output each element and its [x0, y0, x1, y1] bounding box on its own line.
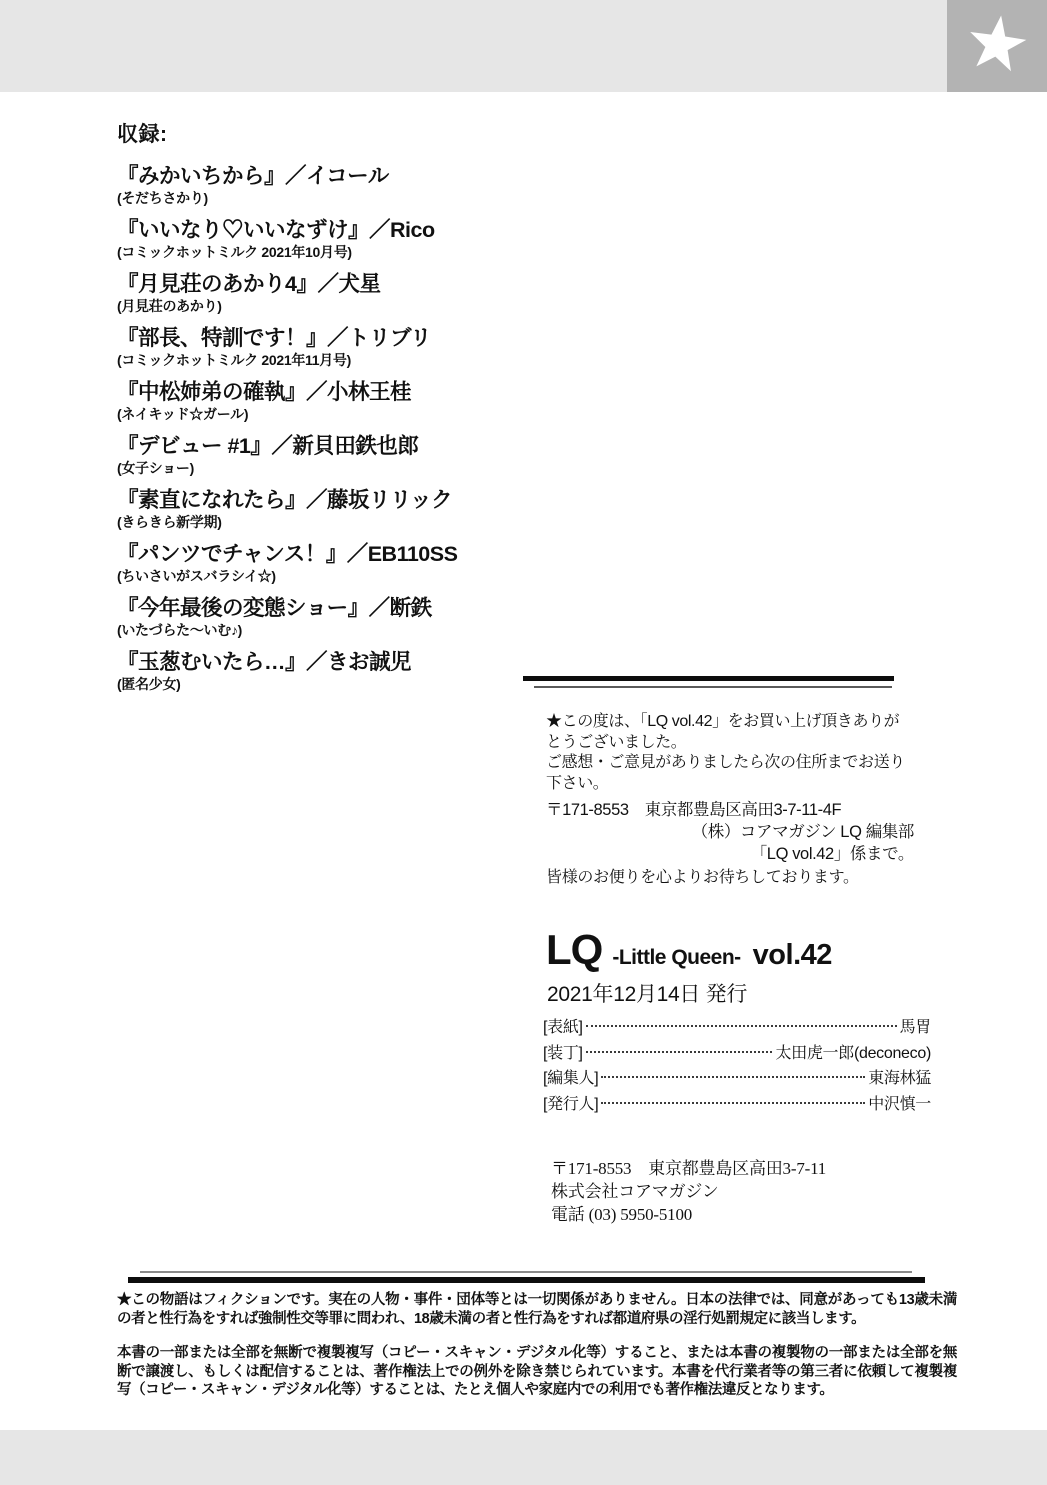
- colophon-page: 収録: 『みかいちから』／イコール (そだちさかり) 『いいなり♡いいなずけ』／…: [0, 0, 1047, 1485]
- contents-item-title: 『月見荘のあかり4』／犬星: [117, 271, 547, 297]
- credit-row: [装丁] 太田虎一郎(deconeco): [543, 1040, 931, 1066]
- contents-item-source: (匿名少女): [117, 675, 547, 693]
- credit-person-name: 太田虎一郎(deconeco): [775, 1040, 931, 1063]
- closing-line: 皆様のお便りを心よりお待ちしております。: [546, 864, 859, 887]
- leader-dots: [601, 1102, 865, 1104]
- thank-you-note: ★この度は、「LQ vol.42」をお買い上げ頂きありが とうございました。 ご…: [546, 712, 946, 794]
- top-gray-band: [0, 0, 947, 92]
- contents-item: 『デビュー #1』／新貝田鉄也郎 (女子ショー): [117, 433, 547, 477]
- contents-list: 収録: 『みかいちから』／イコール (そだちさかり) 『いいなり♡いいなずけ』／…: [117, 118, 547, 703]
- credit-role-label: [表紙]: [543, 1014, 583, 1037]
- contents-item: 『いいなり♡いいなずけ』／Rico (コミックホットミルク 2021年10月号): [117, 217, 547, 261]
- credit-row: [発行人] 中沢慎一: [543, 1091, 931, 1117]
- credit-row: [表紙] 馬胃: [543, 1014, 931, 1040]
- divider-thick-bottom: [128, 1277, 925, 1283]
- publisher-info: 〒171-8553 東京都豊島区高田3-7-11 株式会社コアマガジン 電話 (…: [551, 1157, 931, 1226]
- divider-thin-bottom: [140, 1271, 912, 1273]
- magazine-title-volume: vol.42: [753, 939, 832, 972]
- credit-row: [編集人] 東海林猛: [543, 1065, 931, 1091]
- star-corner-box: [947, 0, 1047, 92]
- magazine-title-main: LQ: [546, 926, 602, 974]
- contents-item-source: (月見荘のあかり): [117, 297, 547, 315]
- credit-person-name: 東海林猛: [868, 1065, 931, 1088]
- contents-item: 『部長、特訓です！』／トリブリ (コミックホットミルク 2021年11月号): [117, 325, 547, 369]
- leader-dots: [586, 1025, 897, 1027]
- credit-person-name: 馬胃: [900, 1014, 931, 1037]
- contents-item-source: (そだちさかり): [117, 189, 547, 207]
- star-icon: [966, 12, 1028, 81]
- divider-thin-top: [534, 686, 892, 688]
- contents-item-title: 『みかいちから』／イコール: [117, 163, 547, 189]
- contents-item: 『玉葱むいたら…』／きお誠児 (匿名少女): [117, 649, 547, 693]
- bottom-gray-band: [0, 1430, 1047, 1485]
- contents-item-title: 『中松姉弟の確執』／小林王桂: [117, 379, 547, 405]
- magazine-title: LQ -Little Queen- vol.42: [546, 926, 946, 974]
- contents-item-title: 『素直になれたら』／藤坂リリック: [117, 487, 547, 513]
- credit-role-label: [編集人]: [543, 1065, 598, 1088]
- editorial-address-line1: 〒171-8553 東京都豊島区高田3-7-11-4F: [546, 799, 914, 821]
- contents-item-source: (ちいさいがスバラシイ☆): [117, 567, 547, 585]
- contents-item-title: 『いいなり♡いいなずけ』／Rico: [117, 217, 547, 243]
- contents-item-source: (コミックホットミルク 2021年11月号): [117, 351, 547, 369]
- contents-item-source: (女子ショー): [117, 459, 547, 477]
- publisher-address: 〒171-8553 東京都豊島区高田3-7-11: [551, 1157, 931, 1180]
- contents-item-title: 『部長、特訓です！』／トリブリ: [117, 325, 547, 351]
- credit-role-label: [装丁]: [543, 1040, 583, 1063]
- contents-item: 『月見荘のあかり4』／犬星 (月見荘のあかり): [117, 271, 547, 315]
- editorial-address-line2: （株）コアマガジン LQ 編集部: [546, 821, 914, 843]
- contents-item-source: (いたづらた〜いむ♪): [117, 621, 547, 639]
- contents-item-title: 『パンツでチャンス！』／EB110SS: [117, 541, 547, 567]
- contents-item: 『素直になれたら』／藤坂リリック (きらきら新学期): [117, 487, 547, 531]
- publisher-name: 株式会社コアマガジン: [551, 1180, 931, 1203]
- contents-item: 『中松姉弟の確執』／小林王桂 (ネイキッド☆ガール): [117, 379, 547, 423]
- contents-item-title: 『今年最後の変態ショー』／断鉄: [117, 595, 547, 621]
- contents-item-source: (コミックホットミルク 2021年10月号): [117, 243, 547, 261]
- contents-item-source: (ネイキッド☆ガール): [117, 405, 547, 423]
- contents-item: 『パンツでチャンス！』／EB110SS (ちいさいがスバラシイ☆): [117, 541, 547, 585]
- leader-dots: [601, 1076, 865, 1078]
- contents-item-title: 『デビュー #1』／新貝田鉄也郎: [117, 433, 547, 459]
- fiction-disclaimer: ★この物語はフィクションです。実在の人物・事件・団体等とは一切関係がありません。…: [117, 1291, 957, 1328]
- contents-item: 『今年最後の変態ショー』／断鉄 (いたづらた〜いむ♪): [117, 595, 547, 639]
- contents-item-title: 『玉葱むいたら…』／きお誠児: [117, 649, 547, 675]
- magazine-title-sub: -Little Queen-: [612, 946, 740, 970]
- divider-thick-top: [523, 676, 894, 681]
- copyright-disclaimer: 本書の一部または全部を無断で複製複写（コピー・スキャン・デジタル化等）すること、…: [117, 1344, 957, 1400]
- credit-person-name: 中沢慎一: [868, 1091, 931, 1114]
- contents-item: 『みかいちから』／イコール (そだちさかり): [117, 163, 547, 207]
- leader-dots: [586, 1051, 773, 1053]
- contents-heading: 収録:: [117, 118, 547, 148]
- credit-role-label: [発行人]: [543, 1091, 598, 1114]
- editorial-address-line3: 「LQ vol.42」係まで。: [546, 843, 914, 865]
- contents-item-source: (きらきら新学期): [117, 513, 547, 531]
- publisher-phone: 電話 (03) 5950-5100: [551, 1203, 931, 1226]
- issue-date: 2021年12月14日 発行: [547, 978, 747, 1008]
- editorial-address: 〒171-8553 東京都豊島区高田3-7-11-4F （株）コアマガジン LQ…: [546, 799, 914, 865]
- credits-list: [表紙] 馬胃 [装丁] 太田虎一郎(deconeco) [編集人] 東海林猛 …: [543, 1014, 931, 1116]
